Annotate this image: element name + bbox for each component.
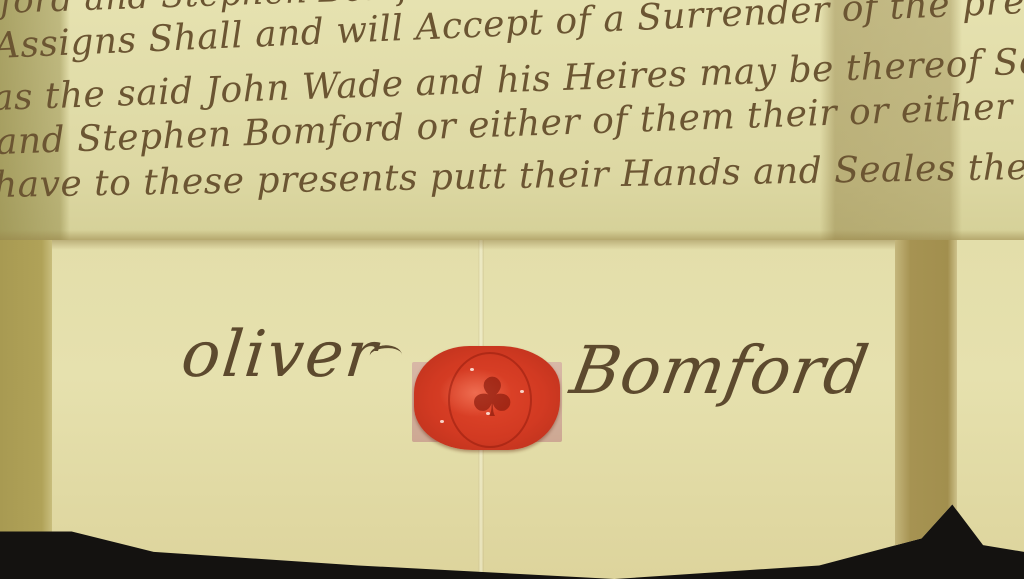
right-fold-shadow xyxy=(895,240,957,579)
left-fold-shadow xyxy=(0,240,52,579)
document-photo: ford and Stephen Bomford ... their Heire… xyxy=(0,0,1024,579)
upper-sheet: ford and Stephen Bomford ... their Heire… xyxy=(0,0,1024,248)
seal-gloss xyxy=(520,390,524,393)
manuscript-text: ford and Stephen Bomford ... their Heire… xyxy=(0,0,1024,230)
seal-gloss xyxy=(486,412,490,415)
seal-gloss xyxy=(440,420,444,423)
signature-last-name: Bomford xyxy=(565,332,874,409)
seal-gloss xyxy=(470,368,474,371)
horizontal-fold xyxy=(52,240,895,250)
signature-first-name: oliver xyxy=(178,318,382,392)
seal-emblem-icon: ♣ xyxy=(468,360,508,436)
